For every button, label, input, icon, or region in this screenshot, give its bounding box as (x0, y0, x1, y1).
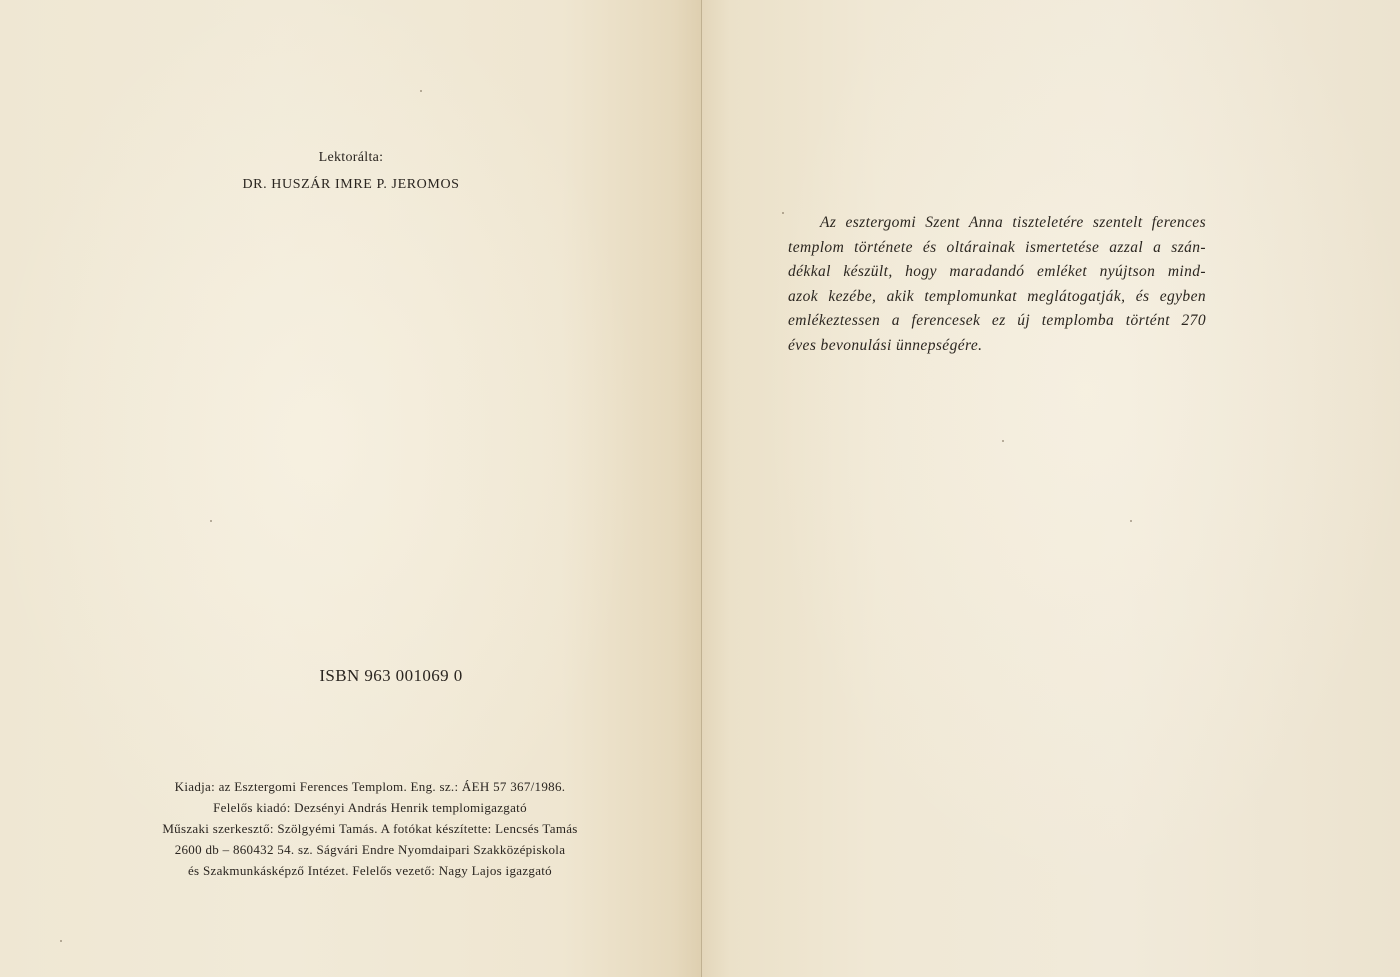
paper-speck (60, 940, 62, 942)
dedication-paragraph: Az esztergomi Szent Anna tiszteletére sz… (788, 211, 1206, 358)
imprint-line: Műszaki szerkesztő: Szölgyémi Tamás. A f… (120, 818, 620, 839)
imprint-line: és Szakmunkásképző Intézet. Felelős veze… (120, 860, 620, 881)
dedication-line: Az esztergomi Szent Anna tiszteletére sz… (788, 211, 1206, 236)
paper-speck (1002, 440, 1004, 442)
imprint-block: Kiadja: az Esztergomi Ferences Templom. … (120, 776, 620, 881)
paper-speck (420, 90, 422, 92)
imprint-line: Felelős kiadó: Dezsényi András Henrik te… (120, 797, 620, 818)
right-page (702, 0, 1400, 977)
dedication-line: dékkal készült, hogy maradandó emléket n… (788, 260, 1206, 285)
dedication-line: templom története és oltárainak ismertet… (788, 236, 1206, 261)
left-page: Lektorálta: DR. HUSZÁR IMRE P. JEROMOS I… (0, 0, 702, 977)
imprint-line: 2600 db – 860432 54. sz. Ságvári Endre N… (120, 839, 620, 860)
paper-speck (1130, 520, 1132, 522)
page-fold (701, 0, 702, 977)
imprint-line: Kiadja: az Esztergomi Ferences Templom. … (120, 776, 620, 797)
paper-speck (210, 520, 212, 522)
book-spread: Lektorálta: DR. HUSZÁR IMRE P. JEROMOS I… (0, 0, 1400, 977)
dedication-line: éves bevonulási ünnepségére. (788, 334, 1206, 359)
isbn: ISBN 963 001069 0 (80, 666, 702, 686)
reviewer-name: DR. HUSZÁR IMRE P. JEROMOS (0, 177, 702, 193)
paper-speck (782, 212, 784, 214)
dedication-line: azok kezébe, akik templomunkat meglátoga… (788, 285, 1206, 310)
reviewer-label: Lektorálta: (0, 150, 702, 166)
dedication-line: emlékeztessen a ferencesek ez új templom… (788, 309, 1206, 334)
